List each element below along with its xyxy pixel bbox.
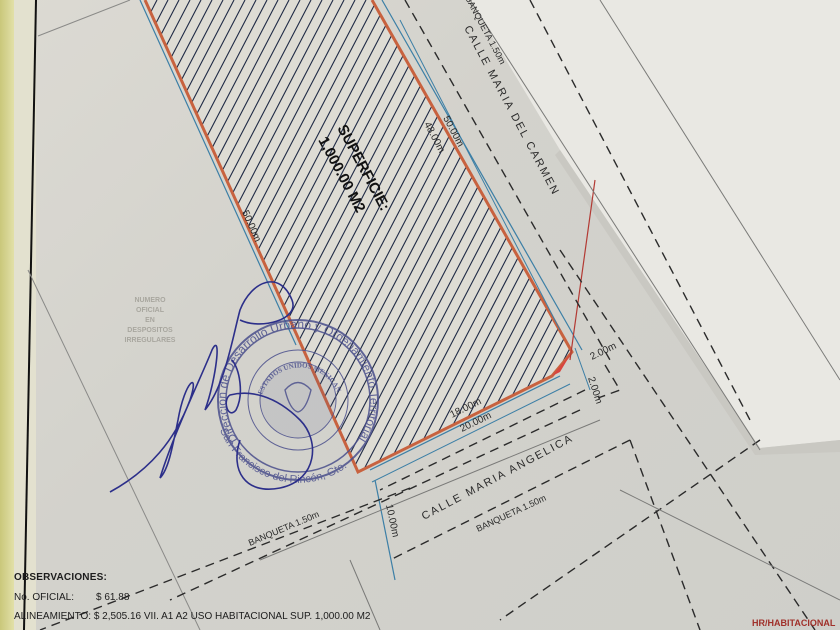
svg-text:OFICIAL: OFICIAL bbox=[136, 307, 165, 314]
alineamiento-label: ALINEAMIENTO: bbox=[14, 611, 91, 622]
observations-block: OBSERVACIONES: No. OFICIAL:$ 61.88 ALINE… bbox=[14, 572, 370, 622]
site-plan-drawing: SUPERFICIE: 1,000.00 M2 50.00m 50.00m 48… bbox=[0, 0, 840, 630]
no-oficial-label: No. OFICIAL: bbox=[14, 592, 74, 603]
alineamiento-value: $ 2,505.16 VII. A1 A2 USO HABITACIONAL S… bbox=[94, 611, 371, 622]
dim-chamfer-a: 2.00m bbox=[588, 341, 618, 363]
sidewalk-bottom-left-label: BANQUETA 1.50m bbox=[247, 509, 321, 548]
no-oficial-value: $ 61.88 bbox=[96, 592, 129, 603]
svg-text:EN: EN bbox=[145, 317, 155, 324]
svg-text:IRREGULARES: IRREGULARES bbox=[125, 337, 176, 344]
faint-bleedthrough-label: NUMERO OFICIAL EN DESPOSITOS IRREGULARES bbox=[125, 297, 176, 344]
dim-chamfer-b: 2.00m bbox=[585, 376, 604, 406]
alineamiento-row: ALINEAMIENTO: $ 2,505.16 VII. A1 A2 USO … bbox=[14, 611, 370, 622]
svg-text:DESPOSITOS: DESPOSITOS bbox=[127, 327, 173, 334]
street-bottom-label: CALLE MARIA ANGELICA bbox=[420, 432, 576, 523]
no-oficial-row: No. OFICIAL:$ 61.88 bbox=[14, 592, 370, 603]
document-photo: SUPERFICIE: 1,000.00 M2 50.00m 50.00m 48… bbox=[0, 0, 840, 630]
zone-label: HR/HABITACIONAL bbox=[752, 618, 835, 628]
observations-title: OBSERVACIONES: bbox=[14, 572, 370, 583]
sidewalk-bottom-right-label: BANQUETA 1.50m bbox=[475, 493, 548, 534]
svg-text:NUMERO: NUMERO bbox=[134, 297, 166, 304]
